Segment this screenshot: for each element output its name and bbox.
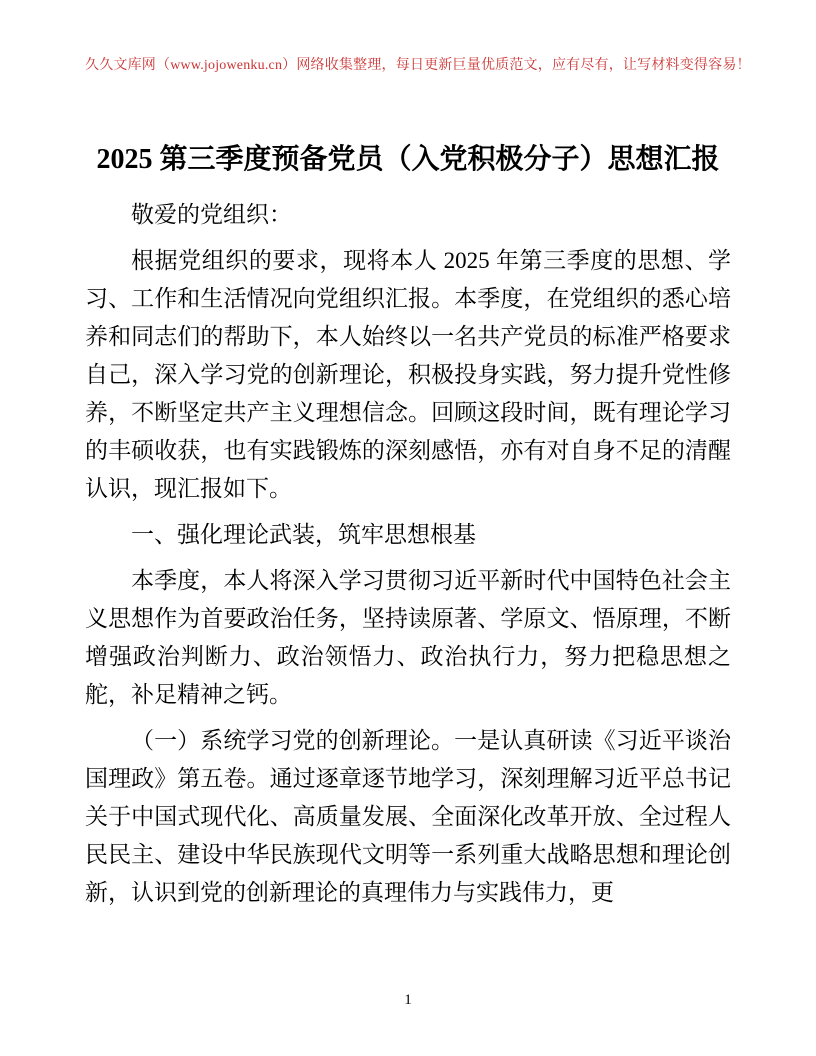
paragraph-body: （一）系统学习党的创新理论。一是认真研读《习近平谈治国理政》第五卷。通过逐章逐节… — [85, 722, 731, 912]
page-number: 1 — [0, 990, 816, 1010]
document-body: 敬爱的党组织：根据党组织的要求，现将本人 2025 年第三季度的思想、学习、工作… — [85, 196, 731, 912]
paragraph-heading: 一、强化理论武装，筑牢思想根基 — [85, 516, 731, 554]
site-watermark-header: 久久文库网（www.jojowenku.cn）网络收集整理，每日更新巨量优质范文… — [85, 56, 731, 75]
document-title: 2025 第三季度预备党员（入党积极分子）思想汇报 — [85, 137, 731, 182]
paragraph-body: 根据党组织的要求，现将本人 2025 年第三季度的思想、学习、工作和生活情况向党… — [85, 242, 731, 508]
document-page: 久久文库网（www.jojowenku.cn）网络收集整理，每日更新巨量优质范文… — [0, 0, 816, 1056]
paragraph-salutation: 敬爱的党组织： — [85, 196, 731, 234]
paragraph-body: 本季度，本人将深入学习贯彻习近平新时代中国特色社会主义思想作为首要政治任务，坚持… — [85, 562, 731, 714]
